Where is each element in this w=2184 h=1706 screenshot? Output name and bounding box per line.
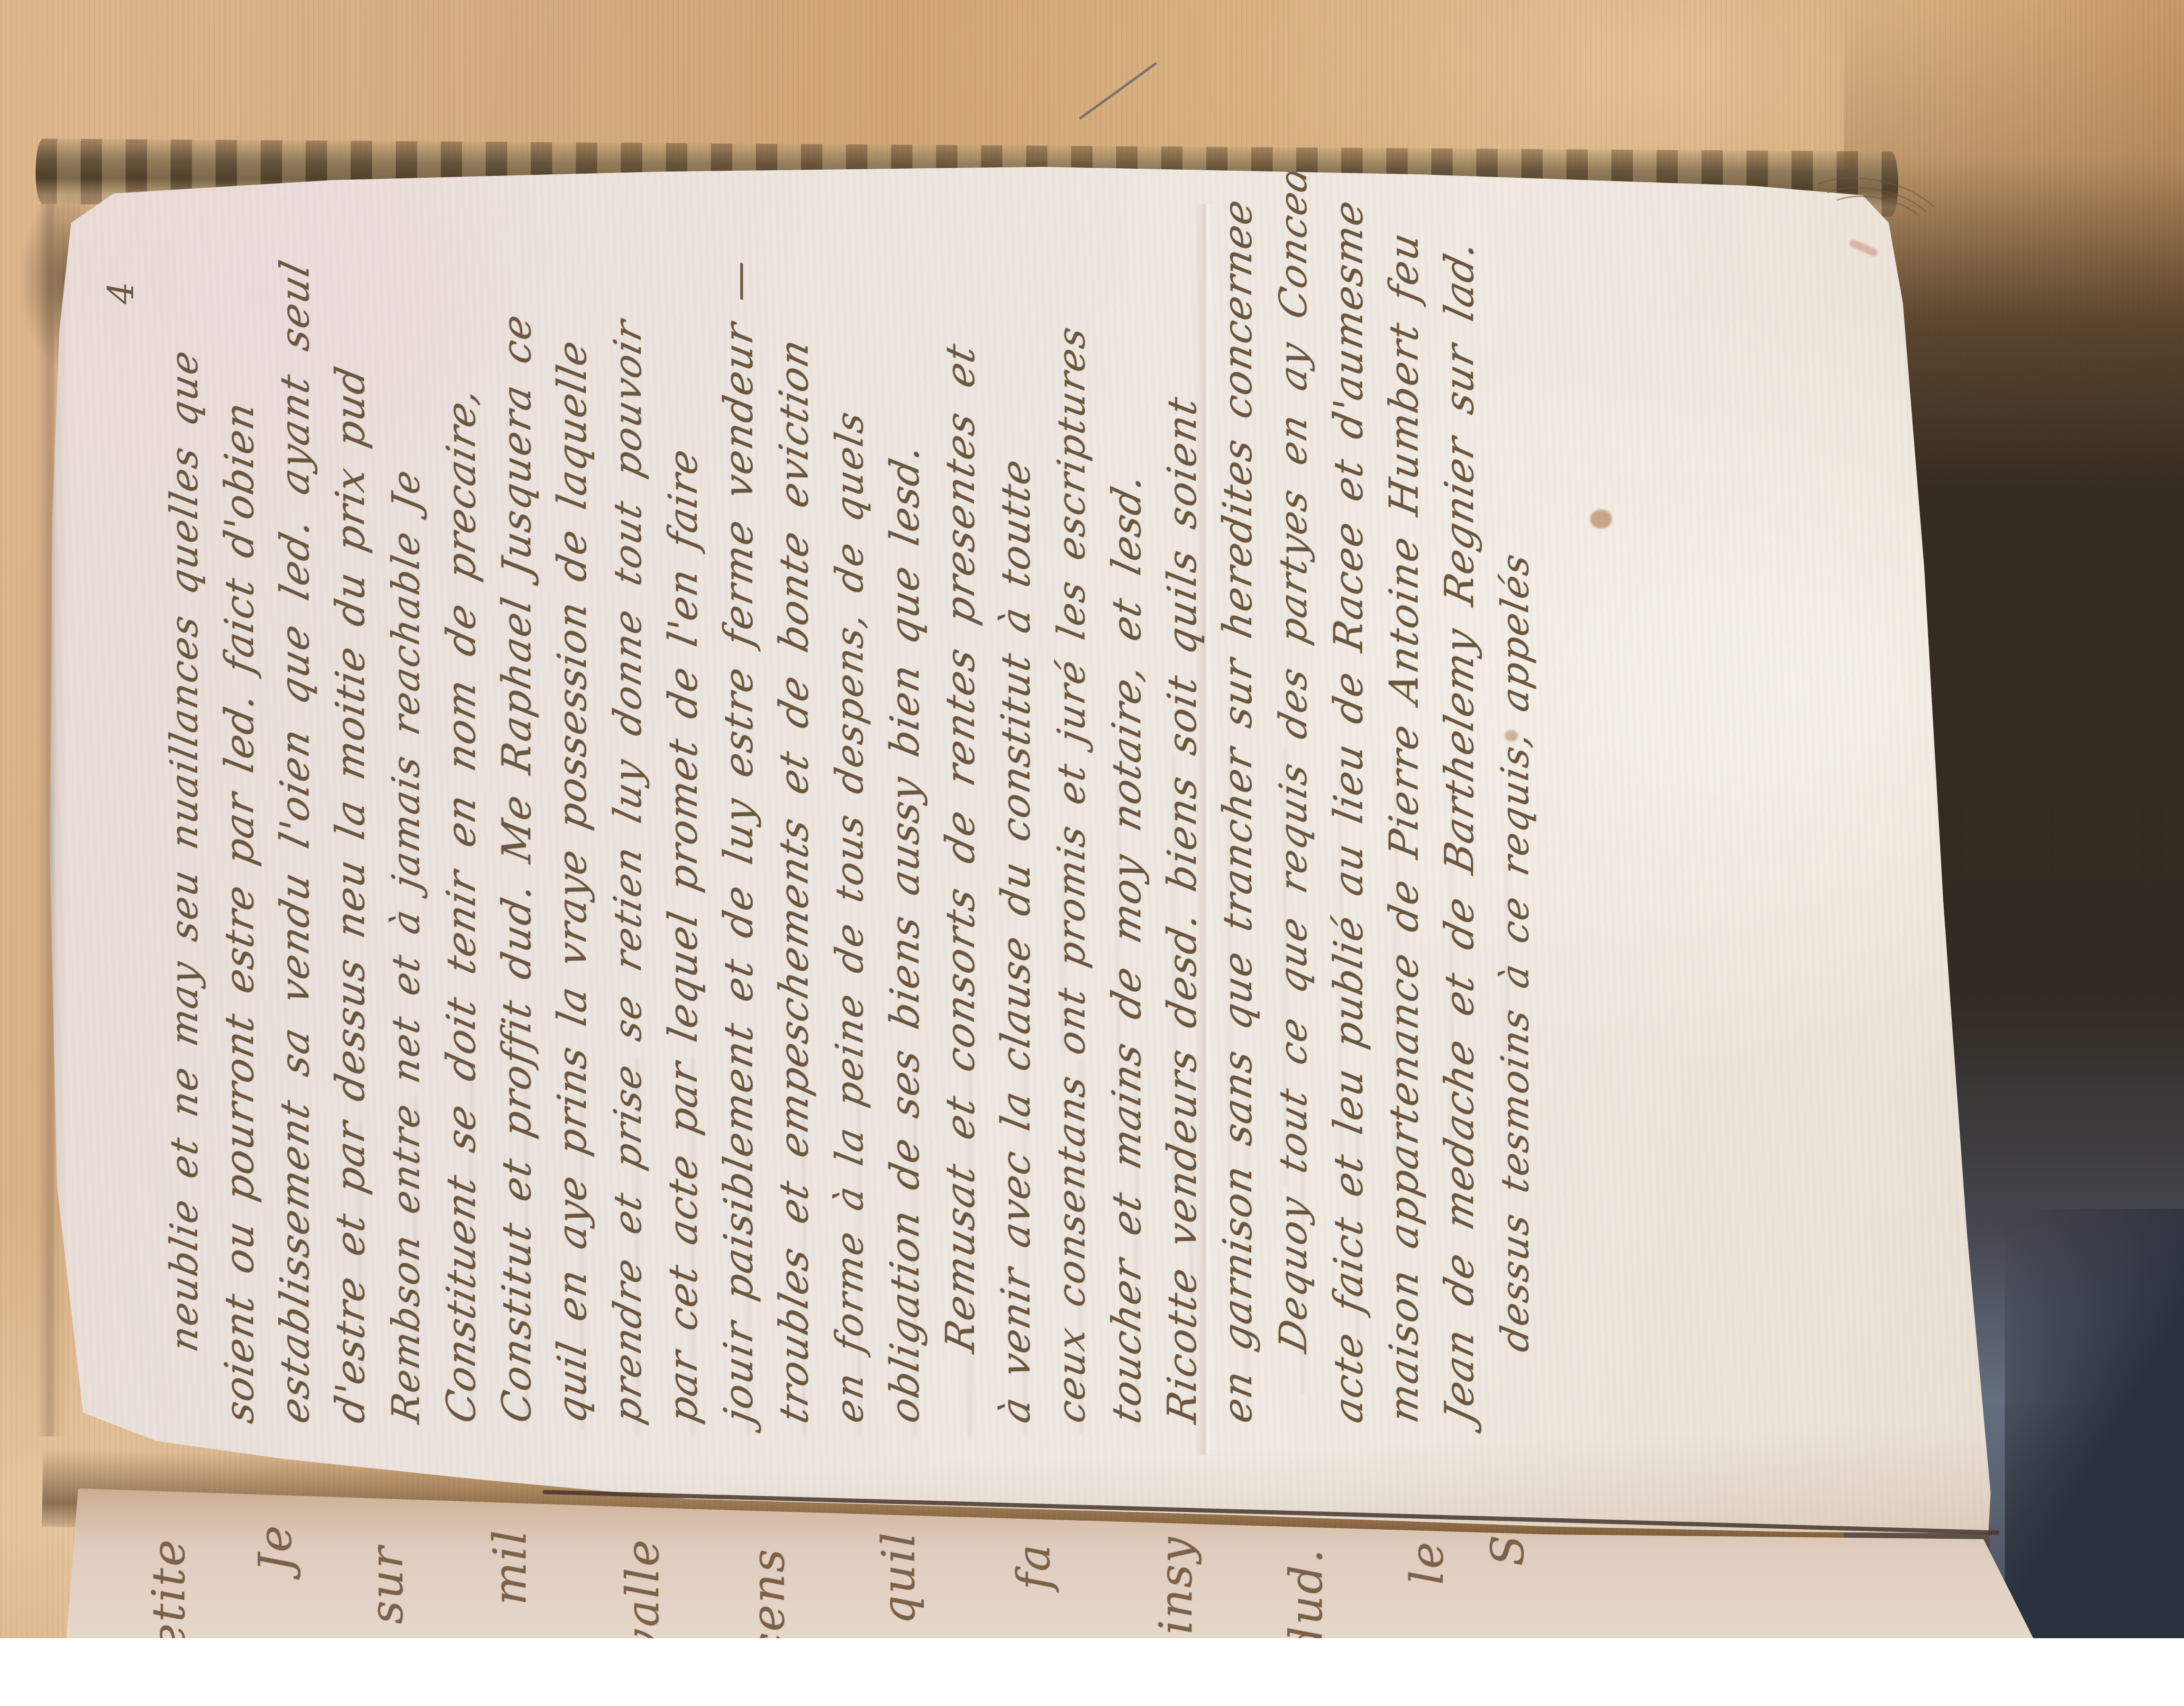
next-page-text-fragment: cens <box>742 1548 795 1638</box>
manuscript-line: prendre et prise se retien luy donne tou… <box>600 201 655 1429</box>
manuscript-line: quil en aye prins la vraye possession de… <box>545 203 600 1428</box>
ink-stain <box>1590 510 1612 529</box>
manuscript-line: Remusat et consorts de rentes presentes … <box>933 201 988 1429</box>
manuscript-line: en forme à la peine de tous despens, de … <box>822 203 877 1428</box>
manuscript-line: Dequoy tout ce que requis des partyes en… <box>1265 201 1321 1429</box>
manuscript-line: acte faict et leu publié au lieu de Race… <box>1321 203 1376 1428</box>
next-page-text-fragment: Rivalle <box>616 1538 669 1638</box>
manuscript-line: Constitut et proffit dud. Me Raphael Jus… <box>489 203 545 1428</box>
photo-of-manuscript-on-table: petite Je sur mil Rivalle cens quil fa a… <box>0 0 2184 1638</box>
manuscript-line: Ricotte vendeurs desd. biens soit quils … <box>1155 203 1210 1428</box>
manuscript-line: Constituent se doit tenir en nom de prec… <box>434 201 489 1429</box>
manuscript-line: d'estre et par dessus neu la moitie du p… <box>323 203 378 1428</box>
manuscript-line: maison appartenance de Pierre Antoine Hu… <box>1376 203 1432 1428</box>
next-page-text-fragment: ainsy <box>1149 1536 1202 1638</box>
manuscript-line: Jean de medache et de Barthelemy Regnier… <box>1432 201 1487 1429</box>
next-page-text-fragment: S <box>1481 1533 1534 1566</box>
manuscript-text-block: neublie et ne may seu nuaillances quelle… <box>156 209 1543 1422</box>
manuscript-line: establissement sa vendu l'oien que led. … <box>267 201 323 1429</box>
manuscript-line: Rembson entre net et à jamais reachable … <box>378 203 434 1428</box>
next-page-text-fragment: quil <box>872 1531 925 1624</box>
manuscript-line: soient ou pourront estre par led. faict … <box>212 203 267 1428</box>
next-page-text-fragment: petite <box>142 1538 195 1638</box>
bottom-right-shadow-wedge <box>2005 1209 2184 1638</box>
next-page-text-fragment: sur <box>360 1545 413 1624</box>
manuscript-line: jouir paisiblement et de luy estre ferme… <box>711 203 766 1428</box>
next-page-text-fragment: le <box>1401 1541 1454 1585</box>
page-left-deckle-edge <box>37 204 67 1436</box>
manuscript-line: en garnison sans que trancher sur heredi… <box>1210 203 1265 1428</box>
manuscript-line: à venir avec la clause du constitut à to… <box>988 203 1044 1428</box>
next-page-text-fragment: Je <box>249 1524 302 1572</box>
next-page-text-fragment: dud. <box>1280 1548 1333 1638</box>
manuscript-line: par cet acte par lequel promet de l'en f… <box>655 203 711 1428</box>
manuscript-line: obligation de ses biens aussy bien que l… <box>877 203 933 1428</box>
next-page-text-fragment: mil <box>483 1529 537 1605</box>
manuscript-line: ceux consentans ont promis et juré les e… <box>1044 203 1099 1428</box>
manuscript-line: troubles et empeschements et de bonte ev… <box>766 201 822 1429</box>
manuscript-line: neublie et ne may seu nuaillances quelle… <box>156 203 212 1428</box>
folio-page-number: 4 <box>101 282 142 304</box>
next-page-text-fragment: fa <box>1007 1543 1060 1590</box>
manuscript-line: toucher et mains de moy notaire, et lesd… <box>1099 201 1155 1429</box>
manuscript-line: dessus tesmoins à ce requis, appelés <box>1487 203 1543 1428</box>
